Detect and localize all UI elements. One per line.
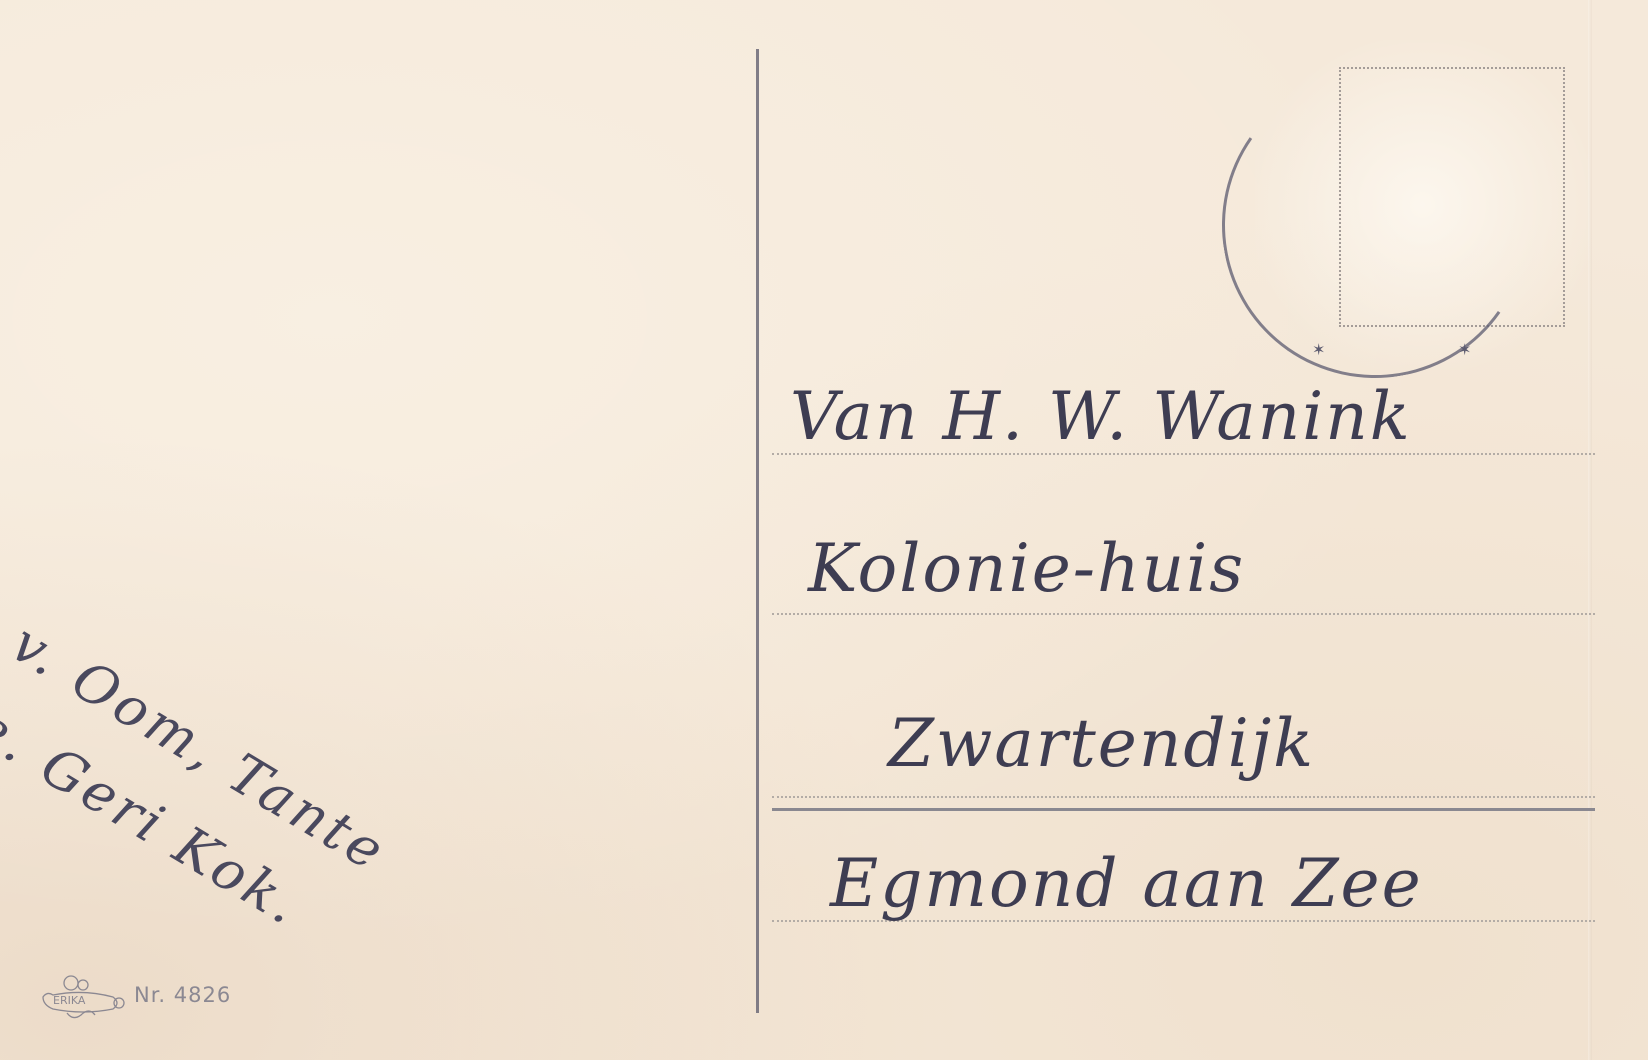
address-line-3: Zwartendijk	[888, 705, 1315, 782]
postmark-star-icon: ✶	[1312, 340, 1325, 359]
paper-crease	[1588, 0, 1592, 1060]
address-line-1: Van H. W. Wanink	[790, 378, 1412, 455]
series-number: Nr. 4826	[134, 983, 231, 1007]
address-line-4: Egmond aan Zee	[830, 845, 1423, 922]
erika-publisher-logo-icon: ERIKA	[37, 973, 129, 1023]
address-solid-line	[772, 808, 1595, 811]
svg-text:ERIKA: ERIKA	[53, 994, 86, 1007]
address-guide-line-3	[772, 796, 1595, 798]
handwritten-message: v. Oom, Tante e. Geri Kok.	[0, 600, 404, 973]
address-guide-line-2	[772, 613, 1595, 615]
postmark-star-icon: ✶	[1458, 340, 1471, 359]
address-line-2: Kolonie-huis	[808, 530, 1245, 607]
postcard-back: ✶ ✶ Van H. W. Wanink Kolonie-huis Zwarte…	[0, 0, 1648, 1060]
center-divider-line	[756, 49, 759, 1013]
